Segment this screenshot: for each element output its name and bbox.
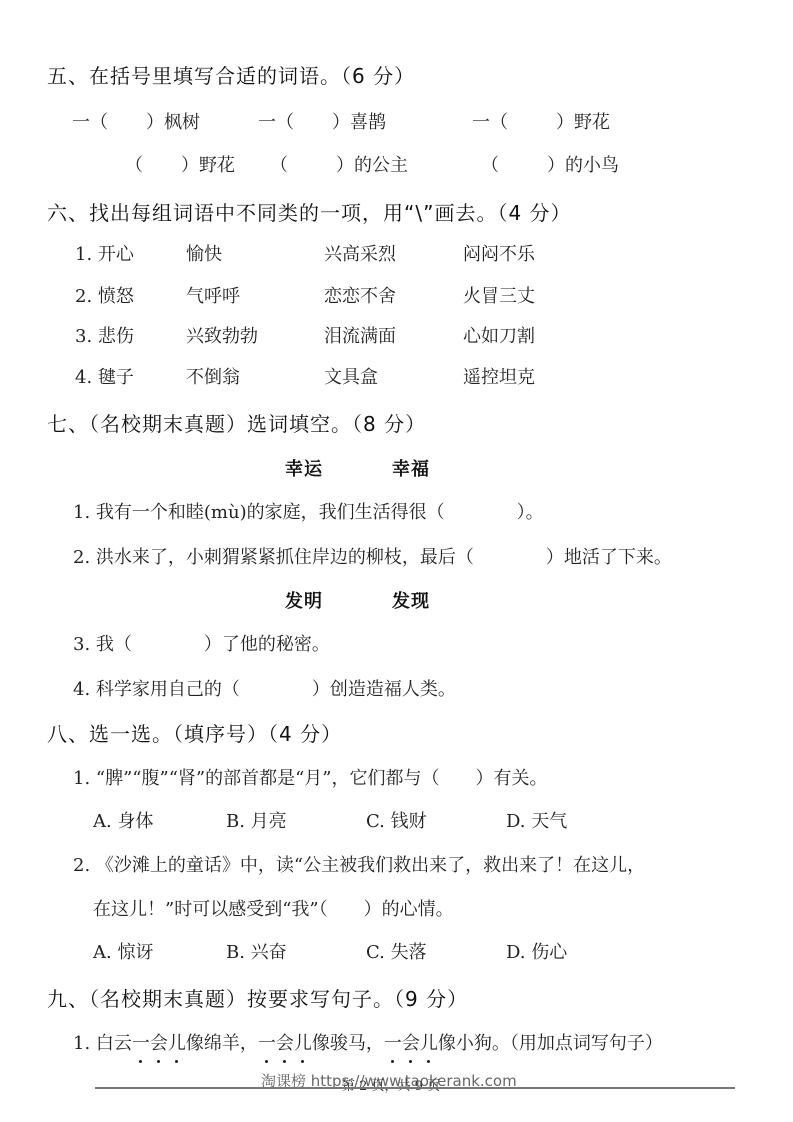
word-group-2-b: 气呼呼 [186, 282, 240, 308]
word-group-2-d: 火冒三丈 [463, 282, 535, 308]
fill-item: （）的公主 [270, 151, 408, 177]
option-8-2-d: D. 伤心 [506, 938, 567, 964]
option-8-2-a: A. 惊讶 [93, 938, 153, 964]
word-group-4-c: 文具盒 [324, 363, 378, 389]
word-group-4-a: 4. 毽子 [75, 363, 134, 389]
option-8-2-b: B. 兴奋 [226, 938, 287, 964]
section-seven-title: 七、（名校期末真题）选词填空。（8 分） [47, 408, 426, 437]
word-choice-4: 发现 [392, 587, 430, 613]
section-five-title: 五、在括号里填写合适的词语。（6 分） [47, 60, 415, 89]
word-group-3-b: 兴致勃勃 [186, 322, 258, 348]
question-8-1: 1. “脾”“腹”“肾”的部首都是“月”，它们都与（ ）有关。 [73, 764, 548, 790]
word-choice-2: 幸福 [392, 455, 430, 481]
option-8-1-d: D. 天气 [506, 807, 567, 833]
question-9-1: 1. 白云一会儿像绵羊，一会儿像骏马，一会儿像小狗。（用加点词写句子） [73, 1029, 663, 1055]
question-8-2-line1: 2. 《沙滩上的童话》中，读“公主被我们救出来了，救出来了！在这儿， [73, 851, 645, 877]
fill-item: 一（）枫树 [72, 108, 200, 134]
page-number: 第 2 页，共 9 页 [342, 1075, 440, 1094]
fill-item: （）的小鸟 [481, 151, 619, 177]
fill-item: 一（）野花 [472, 108, 610, 134]
footer-divider [95, 1087, 735, 1089]
word-group-3-a: 3. 悲伤 [75, 322, 134, 348]
option-8-1-c: C. 钱财 [366, 807, 427, 833]
word-group-3-c: 泪流满面 [324, 322, 396, 348]
section-nine-title: 九、（名校期末真题）按要求写句子。（9 分） [47, 983, 468, 1012]
word-choice-1: 幸运 [285, 455, 323, 481]
dotted-word: 一会儿 [258, 1033, 312, 1054]
word-group-4-b: 不倒翁 [186, 363, 240, 389]
question-7-4: 4. 科学家用自己的（ ）创造造福人类。 [73, 675, 456, 701]
option-8-2-c: C. 失落 [366, 938, 427, 964]
word-group-1-a: 1. 开心 [75, 240, 134, 266]
fill-item: 一（）喜鹊 [258, 108, 386, 134]
word-group-4-d: 遥控坦克 [463, 363, 535, 389]
word-choice-3: 发明 [285, 587, 323, 613]
dotted-word: 一会儿 [132, 1033, 186, 1054]
question-7-2: 2. 洪水来了，小刺猬紧紧抓住岸边的柳枝，最后（ ）地活了下来。 [73, 543, 672, 569]
option-8-1-b: B. 月亮 [226, 807, 287, 833]
word-group-1-c: 兴高采烈 [324, 240, 396, 266]
word-group-1-b: 愉快 [186, 240, 222, 266]
word-group-2-c: 恋恋不舍 [324, 282, 396, 308]
section-eight-title: 八、选一选。（填序号）（4 分） [47, 718, 342, 747]
question-8-2-line2: 在这儿！”时可以感受到“我”（ ）的心情。 [93, 895, 454, 921]
fill-item: （）野花 [125, 151, 235, 177]
question-7-3: 3. 我（ ）了他的秘密。 [73, 630, 330, 656]
question-7-1: 1. 我有一个和睦(mù)的家庭，我们生活得很（ ）。 [73, 498, 544, 524]
word-group-1-d: 闷闷不乐 [463, 240, 535, 266]
word-group-3-d: 心如刀割 [463, 322, 535, 348]
dotted-word: 一会儿 [384, 1033, 438, 1054]
word-group-2-a: 2. 愤怒 [75, 282, 134, 308]
section-six-title: 六、找出每组词语中不同类的一项，用“\”画去。（4 分） [47, 197, 572, 226]
option-8-1-a: A. 身体 [93, 807, 153, 833]
